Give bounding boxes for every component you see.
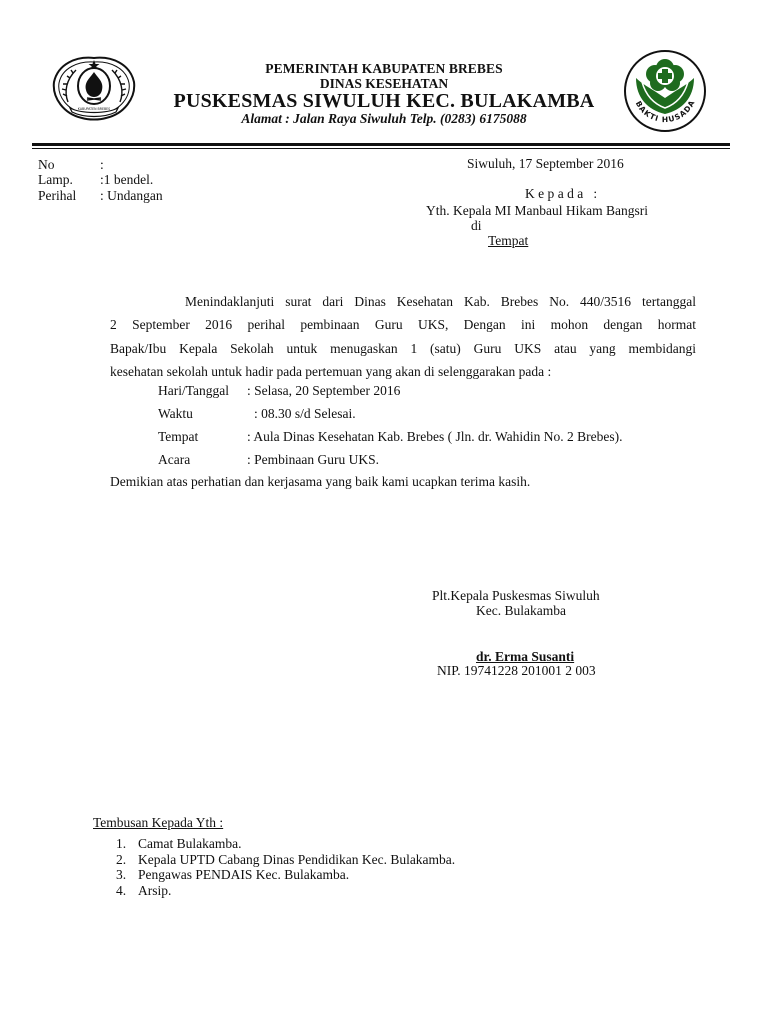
recipient-di: di: [471, 218, 482, 234]
detail-label-event: Acara: [158, 452, 190, 468]
meta-value-perihal: : Undangan: [100, 187, 163, 205]
detail-value-date: : Selasa, 20 September 2016: [247, 383, 400, 399]
body-line: kesehatan sekolah untuk hadir pada perte…: [110, 360, 696, 383]
recipient-kepada: Kepada :: [525, 186, 601, 202]
letterhead-address: Alamat : Jalan Raya Siwuluh Telp. (0283)…: [0, 111, 768, 127]
signatory-title: Plt.Kepala Puskesmas Siwuluh: [432, 588, 600, 604]
cc-title: Tembusan Kepada Yth :: [93, 815, 223, 831]
cc-item-text: Pengawas PENDAIS Kec. Bulakamba.: [138, 867, 349, 882]
detail-value-place: : Aula Dinas Kesehatan Kab. Brebes ( Jln…: [247, 429, 622, 445]
meta-label-perihal: Perihal: [38, 187, 76, 205]
cc-item-number: 1.: [116, 836, 138, 852]
cc-list-item: 3.Pengawas PENDAIS Kec. Bulakamba.: [116, 867, 455, 883]
cc-list-item: 2.Kepala UPTD Cabang Dinas Pendidikan Ke…: [116, 852, 455, 868]
detail-label-place: Tempat: [158, 429, 198, 445]
signatory-subtitle: Kec. Bulakamba: [476, 603, 566, 619]
body-line: Bapak/Ibu Kepala Sekolah untuk menugaska…: [110, 337, 696, 360]
detail-value-event: : Pembinaan Guru UKS.: [247, 452, 379, 468]
detail-label-date: Hari/Tanggal: [158, 383, 229, 399]
cc-item-number: 3.: [116, 867, 138, 883]
cc-item-number: 2.: [116, 852, 138, 868]
letterhead-divider-thin: [32, 148, 730, 149]
body-line: Menindaklanjuti surat dari Dinas Kesehat…: [110, 290, 696, 313]
detail-value-time: : 08.30 s/d Selesai.: [254, 406, 356, 422]
cc-list-item: 4.Arsip.: [116, 883, 455, 899]
recipient-name: Yth. Kepala MI Manbaul Hikam Bangsri: [426, 203, 648, 219]
body-paragraph: Menindaklanjuti surat dari Dinas Kesehat…: [110, 290, 696, 383]
signatory-nip: NIP. 19741228 201001 2 003: [437, 663, 596, 679]
cc-item-text: Kepala UPTD Cabang Dinas Pendidikan Kec.…: [138, 852, 455, 867]
letterhead-divider-thick: [32, 143, 730, 146]
cc-item-text: Arsip.: [138, 883, 171, 898]
letterhead-government: PEMERINTAH KABUPATEN BREBES: [0, 61, 768, 77]
detail-label-time: Waktu: [158, 406, 193, 422]
cc-item-number: 4.: [116, 883, 138, 899]
closing-sentence: Demikian atas perhatian dan kerjasama ya…: [110, 474, 530, 490]
body-line: 2 September 2016 perihal pembinaan Guru …: [110, 313, 696, 336]
recipient-place: Tempat: [488, 233, 528, 249]
cc-list-item: 1.Camat Bulakamba.: [116, 836, 455, 852]
cc-list: 1.Camat Bulakamba. 2.Kepala UPTD Cabang …: [116, 836, 455, 898]
cc-item-text: Camat Bulakamba.: [138, 836, 241, 851]
letterhead-institution: PUSKESMAS SIWULUH KEC. BULAKAMBA: [0, 90, 768, 113]
letter-date: Siwuluh, 17 September 2016: [467, 156, 624, 172]
